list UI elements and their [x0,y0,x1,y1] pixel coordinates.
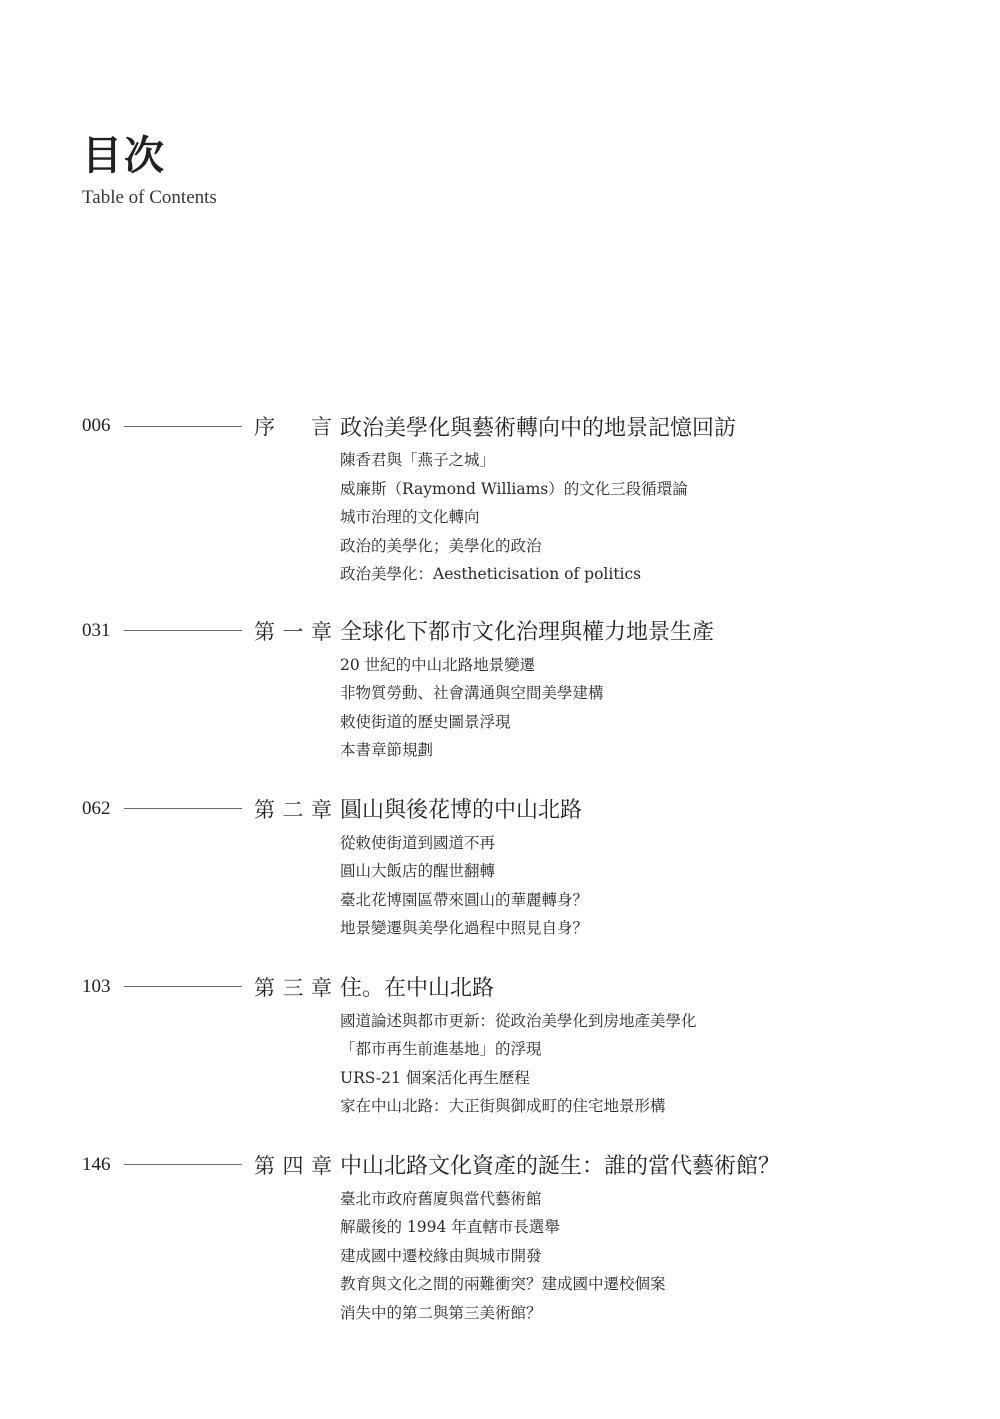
section-item[interactable]: URS-21 個案活化再生歷程 [340,1064,942,1093]
page-number: 006 [82,415,122,437]
toc-chapter-2: 062 第二章 圓山與後花博的中山北路 從敕使街道到國道不再 圓山大飯店的醒世翻… [82,791,942,943]
toc-chapter-heading[interactable]: 103 第三章 住。在中山北路 [82,969,942,1005]
leader-line [124,986,242,987]
page-number: 103 [82,976,122,998]
toc-chapter-preface: 006 序 言 政治美學化與藝術轉向中的地景記憶回訪 陳香君與「燕子之城」 威廉… [82,408,942,589]
chapter-title: 圓山與後花博的中山北路 [340,793,582,824]
section-item[interactable]: 國道論述與都市更新：從政治美學化到房地產美學化 [340,1007,942,1036]
page-number: 031 [82,620,122,642]
toc-chapter-4: 146 第四章 中山北路文化資產的誕生：誰的當代藝術館？ 臺北市政府舊廈與當代藝… [82,1147,942,1328]
chapter-label: 第一章 [254,616,332,646]
chapter-label: 第四章 [254,1150,332,1180]
section-list: 國道論述與都市更新：從政治美學化到房地產美學化 「都市再生前進基地」的浮現 UR… [340,1007,942,1121]
section-item[interactable]: 威廉斯（Raymond Williams）的文化三段循環論 [340,475,942,504]
page-title: 目次 [82,132,166,180]
section-item[interactable]: 政治美學化：Aestheticisation of politics [340,560,942,589]
page-number: 146 [82,1154,122,1176]
chapter-label: 第三章 [254,972,332,1002]
table-of-contents: 006 序 言 政治美學化與藝術轉向中的地景記憶回訪 陳香君與「燕子之城」 威廉… [82,408,942,1353]
section-item[interactable]: 非物質勞動、社會溝通與空間美學建構 [340,679,942,708]
section-list: 20 世紀的中山北路地景變遷 非物質勞動、社會溝通與空間美學建構 敕使街道的歷史… [340,651,942,765]
leader-line [124,1164,242,1165]
chapter-label: 第二章 [254,794,332,824]
chapter-title: 住。在中山北路 [340,971,494,1002]
chapter-label: 序 言 [254,411,332,441]
section-item[interactable]: 教育與文化之間的兩難衝突？建成國中遷校個案 [340,1270,942,1299]
section-item[interactable]: 地景變遷與美學化過程中照見自身？ [340,914,942,943]
chapter-title: 全球化下都市文化治理與權力地景生產 [340,615,714,646]
toc-chapter-3: 103 第三章 住。在中山北路 國道論述與都市更新：從政治美學化到房地產美學化 … [82,969,942,1121]
section-item[interactable]: 城市治理的文化轉向 [340,503,942,532]
section-item[interactable]: 建成國中遷校緣由與城市開發 [340,1242,942,1271]
section-item[interactable]: 「都市再生前進基地」的浮現 [340,1035,942,1064]
leader-line [124,808,242,809]
section-item[interactable]: 20 世紀的中山北路地景變遷 [340,651,942,680]
section-item[interactable]: 敕使街道的歷史圖景浮現 [340,708,942,737]
page-number: 062 [82,798,122,820]
toc-chapter-heading[interactable]: 006 序 言 政治美學化與藝術轉向中的地景記憶回訪 [82,408,942,444]
section-item[interactable]: 家在中山北路：大正街與御成町的住宅地景形構 [340,1092,942,1121]
leader-line [124,630,242,631]
leader-line [124,426,242,427]
toc-chapter-heading[interactable]: 146 第四章 中山北路文化資產的誕生：誰的當代藝術館？ [82,1147,942,1183]
section-list: 陳香君與「燕子之城」 威廉斯（Raymond Williams）的文化三段循環論… [340,446,942,589]
section-item[interactable]: 政治的美學化；美學化的政治 [340,532,942,561]
section-item[interactable]: 從敕使街道到國道不再 [340,829,942,858]
chapter-title: 政治美學化與藝術轉向中的地景記憶回訪 [340,411,736,442]
toc-chapter-heading[interactable]: 031 第一章 全球化下都市文化治理與權力地景生產 [82,613,942,649]
chapter-title: 中山北路文化資產的誕生：誰的當代藝術館？ [340,1149,780,1180]
section-item[interactable]: 消失中的第二與第三美術館？ [340,1299,942,1328]
section-item[interactable]: 圓山大飯店的醒世翻轉 [340,857,942,886]
section-item[interactable]: 臺北花博園區帶來圓山的華麗轉身？ [340,886,942,915]
page-subtitle: Table of Contents [82,186,217,210]
toc-chapter-1: 031 第一章 全球化下都市文化治理與權力地景生產 20 世紀的中山北路地景變遷… [82,613,942,765]
section-item[interactable]: 本書章節規劃 [340,736,942,765]
toc-chapter-heading[interactable]: 062 第二章 圓山與後花博的中山北路 [82,791,942,827]
section-item[interactable]: 臺北市政府舊廈與當代藝術館 [340,1185,942,1214]
section-list: 從敕使街道到國道不再 圓山大飯店的醒世翻轉 臺北花博園區帶來圓山的華麗轉身？ 地… [340,829,942,943]
section-item[interactable]: 陳香君與「燕子之城」 [340,446,942,475]
section-item[interactable]: 解嚴後的 1994 年直轄市長選舉 [340,1213,942,1242]
section-list: 臺北市政府舊廈與當代藝術館 解嚴後的 1994 年直轄市長選舉 建成國中遷校緣由… [340,1185,942,1328]
